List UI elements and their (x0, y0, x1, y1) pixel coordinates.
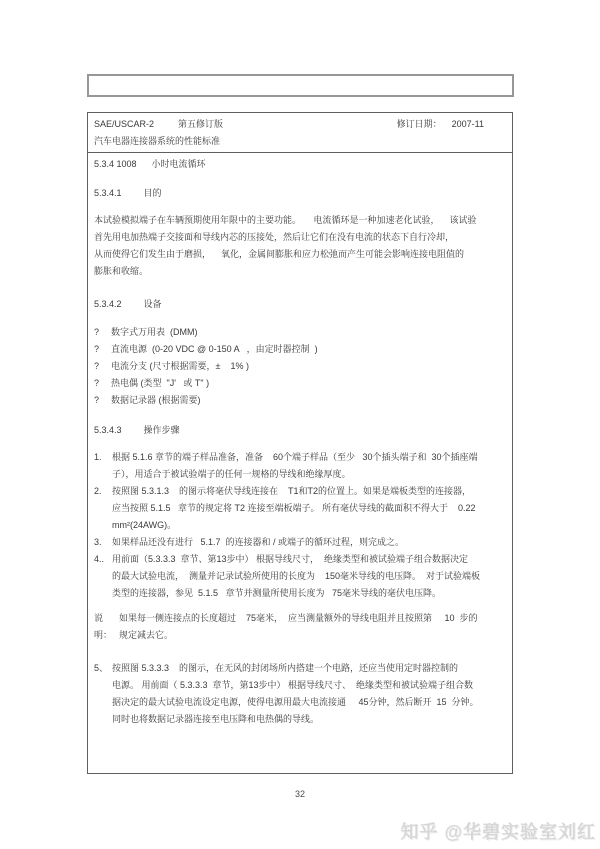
step-text: 用前面（5.3.3.3 章节、第13步中） 根据导线尺寸， 绝缘类型和被试验端子… (112, 551, 506, 602)
note-label: 说明： (94, 610, 119, 644)
bullet-glyph: ? (94, 358, 111, 375)
procedure-step: 1. 根据 5.1.6 章节的端子样品准备，准备 60个端子样品（至少 30个插… (94, 449, 506, 483)
doc-revision: 第五修订版 (178, 116, 223, 133)
equipment-item: ? 热电偶 (类型 "J' 或 T" ) (94, 375, 506, 392)
step-text: 根据 5.1.6 章节的端子样品准备，准备 60个端子样品（至少 30个插头端子… (112, 449, 506, 483)
bullet-glyph: ? (94, 375, 111, 392)
equipment-item: ? 直流电源 (0-20 VDC @ 0-150 A ，由定时器控制 ) (94, 341, 506, 358)
procedure-step: 5、 按照图 5.3.3.3 的图示，在无风的封闭场所内搭建一个电路，还应当使用… (94, 660, 506, 728)
step-text: 如果样品还没有进行 5.1.7 的连接器和 / 或端子的循环过程，则完成之。 (112, 534, 506, 551)
step-text: 按照图 5.3.3.3 的图示，在无风的封闭场所内搭建一个电路，还应当使用定时器… (112, 660, 506, 728)
equipment-item-text: 数字式万用表 (DMM) (111, 324, 198, 341)
section-title: 5.3.4 1008 小时电流循环 (94, 156, 506, 173)
step-number: 1. (94, 449, 112, 483)
doc-code: SAE/USCAR-2 (94, 116, 154, 133)
procedure-heading: 5.3.4.3 操作步骤 (94, 422, 506, 439)
table-header: SAE/USCAR-2 第五修订版 修订日期： 2007-11 汽车电器连接器系… (88, 113, 512, 153)
purpose-heading: 5.3.4.1 目的 (94, 185, 506, 202)
revision-date: 2007-11 (452, 116, 484, 133)
equipment-heading-title: 设备 (144, 296, 162, 313)
equipment-item-text: 电流分支 (尺寸根据需要，± 1% ) (111, 358, 249, 375)
header-left: SAE/USCAR-2 第五修订版 (94, 116, 223, 133)
step-text: 按照图 5.3.1.3 的图示将毫伏导线连接在 T1和T2的位置上。如果是端板类… (112, 483, 506, 534)
header-line-1: SAE/USCAR-2 第五修订版 修订日期： 2007-11 (94, 116, 506, 133)
equipment-heading: 5.3.4.2 设备 (94, 296, 506, 313)
bullet-glyph: ? (94, 324, 111, 341)
procedure-steps: 1. 根据 5.1.6 章节的端子样品准备，准备 60个端子样品（至少 30个插… (94, 449, 506, 602)
equipment-item-text: 热电偶 (类型 "J' 或 T" ) (111, 375, 209, 392)
table-body: 5.3.4 1008 小时电流循环 5.3.4.1 目的 本试验模拟端子在车辆预… (88, 153, 512, 728)
step-number: 4.. (94, 551, 112, 602)
note-text: 如果每一侧连接点的长度超过 75毫米， 应当测量额外的导线电阻并且按照第 10 … (119, 610, 506, 644)
bullet-glyph: ? (94, 392, 111, 409)
purpose-heading-number: 5.3.4.1 (94, 185, 122, 202)
equipment-item: ? 电流分支 (尺寸根据需要，± 1% ) (94, 358, 506, 375)
equipment-item-text: 数据记录器 (根据需要) (111, 392, 201, 409)
step-number: 3. (94, 534, 112, 551)
equipment-list: ? 数字式万用表 (DMM) ? 直流电源 (0-20 VDC @ 0-150 … (94, 324, 506, 409)
step-number: 5、 (94, 660, 112, 728)
procedure-step: 3. 如果样品还没有进行 5.1.7 的连接器和 / 或端子的循环过程，则完成之… (94, 534, 506, 551)
procedure-step: 2. 按照图 5.3.1.3 的图示将毫伏导线连接在 T1和T2的位置上。如果是… (94, 483, 506, 534)
equipment-item-text: 直流电源 (0-20 VDC @ 0-150 A ，由定时器控制 ) (111, 341, 318, 358)
purpose-heading-title: 目的 (144, 185, 162, 202)
section-number: 5.3.4 1008 (94, 156, 137, 173)
procedure-note: 说明： 如果每一侧连接点的长度超过 75毫米， 应当测量额外的导线电阻并且按照第… (94, 610, 506, 644)
procedure-heading-number: 5.3.4.3 (94, 422, 122, 439)
standard-document-table: SAE/USCAR-2 第五修订版 修订日期： 2007-11 汽车电器连接器系… (87, 112, 513, 774)
equipment-item: ? 数字式万用表 (DMM) (94, 324, 506, 341)
header-right: 修订日期： 2007-11 (397, 116, 506, 133)
procedure-heading-title: 操作步骤 (144, 422, 180, 439)
section-title-text: 小时电流循环 (152, 156, 206, 173)
watermark: 知乎 @华碧实验室刘红 (400, 818, 596, 844)
revision-date-label: 修订日期： (397, 116, 442, 133)
equipment-heading-number: 5.3.4.2 (94, 296, 122, 313)
empty-header-box (87, 74, 514, 97)
page-number: 32 (87, 789, 513, 799)
procedure-step: 4.. 用前面（5.3.3.3 章节、第13步中） 根据导线尺寸， 绝缘类型和被… (94, 551, 506, 602)
bullet-glyph: ? (94, 341, 111, 358)
purpose-paragraph: 本试验模拟端子在车辆预期使用年限中的主要功能。 电流循环是一种加速老化试验， 该… (94, 212, 506, 280)
document-page: SAE/USCAR-2 第五修订版 修订日期： 2007-11 汽车电器连接器系… (0, 0, 600, 849)
doc-subtitle: 汽车电器连接器系统的性能标准 (94, 133, 506, 150)
step-number: 2. (94, 483, 112, 534)
equipment-item: ? 数据记录器 (根据需要) (94, 392, 506, 409)
